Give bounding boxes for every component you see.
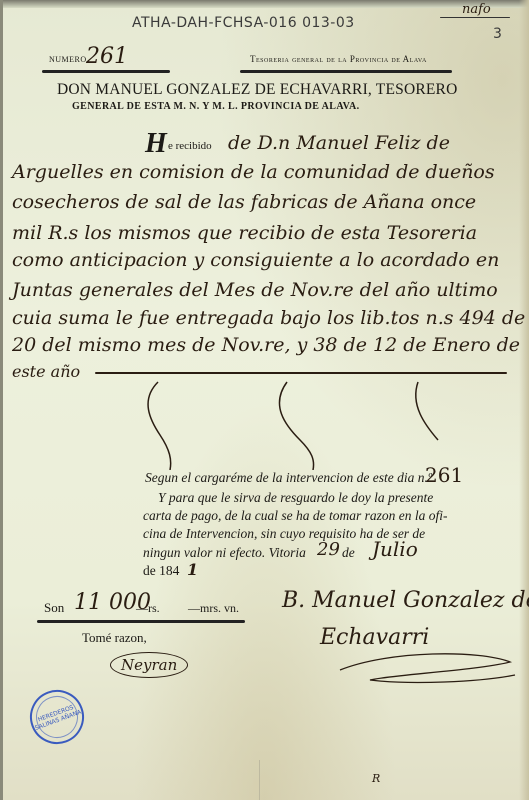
numero-label: Numero: [49, 55, 87, 64]
flourish-strokes: [100, 380, 440, 470]
rs-label: —rs.: [136, 601, 160, 616]
printed-intro: e recibido: [168, 140, 212, 152]
top-right-underline: [440, 17, 510, 18]
handwritten-line-7: cuia suma le fue entregada bajo los lib.…: [12, 309, 525, 328]
receipt-de: de: [342, 545, 355, 561]
handwritten-line-6: Juntas generales del Mes de Nov.re del a…: [12, 281, 498, 300]
drop-cap: H: [145, 128, 167, 160]
top-right-note: nafo: [462, 2, 491, 17]
son-label: Son: [44, 600, 64, 616]
closing-line: [95, 372, 507, 374]
treasurer-title: DON MANUEL GONZALEZ DE ECHAVARRI, TESORE…: [57, 81, 458, 99]
paper-left-edge: [0, 0, 3, 800]
bottom-mark: R: [372, 772, 380, 785]
paper-right-edge: [519, 0, 529, 800]
handwritten-line-4: mil R.s los mismos que recibio de esta T…: [12, 224, 477, 243]
archive-reference: ATHA-DAH-FCHSA-016 013-03: [132, 15, 355, 31]
receipt-line-1: Y para que le sirva de resguardo le doy …: [158, 490, 433, 506]
handwritten-line-5: como anticipacion y consiguiente a lo ac…: [12, 251, 499, 270]
signature-line-1: B. Manuel Gonzalez de: [282, 588, 529, 613]
handwritten-line-8: 20 del mismo mes de Nov.re, y 38 de 12 d…: [12, 336, 520, 355]
receipt-line-4: ningun valor ni efecto. Vitoria: [143, 545, 306, 561]
page-number: 3: [493, 26, 502, 42]
amount-rule: [37, 620, 245, 623]
office-name: Tesoreria general de la Provincia de Ala…: [250, 54, 427, 64]
receipt-day: 29: [317, 539, 340, 560]
tome-razon-label: Tomé razon,: [82, 630, 147, 646]
mrs-label: —mrs. vn.: [188, 601, 239, 616]
cargareme-number: 261: [425, 463, 463, 487]
handwritten-line-2: Arguelles en comision de la comunidad de…: [12, 163, 495, 182]
numero-rule: [42, 70, 170, 73]
handwritten-line-1: de D.n Manuel Feliz de: [228, 134, 450, 153]
office-rule: [240, 70, 452, 73]
cargareme-text: Segun el cargaréme de la intervencion de…: [145, 470, 432, 486]
tome-razon-signature: Neyran: [110, 652, 188, 678]
receipt-month: Julio: [372, 537, 418, 561]
numero-value: 261: [86, 44, 128, 69]
receipt-line-2: carta de pago, de la cual se ha de tomar…: [143, 508, 447, 524]
signature-flourish: [330, 640, 520, 690]
handwritten-line-9: este año: [12, 364, 80, 380]
treasurer-subtitle: GENERAL DE ESTA M. N. Y M. L. PROVINCIA …: [72, 101, 360, 112]
receipt-year-suffix: 1: [187, 560, 198, 579]
paper-top-edge: [0, 0, 529, 8]
receipt-year-prefix: de 184: [143, 563, 179, 579]
paper-fold: [259, 760, 260, 800]
handwritten-line-3: cosecheros de sal de las fabricas de Aña…: [12, 193, 476, 212]
